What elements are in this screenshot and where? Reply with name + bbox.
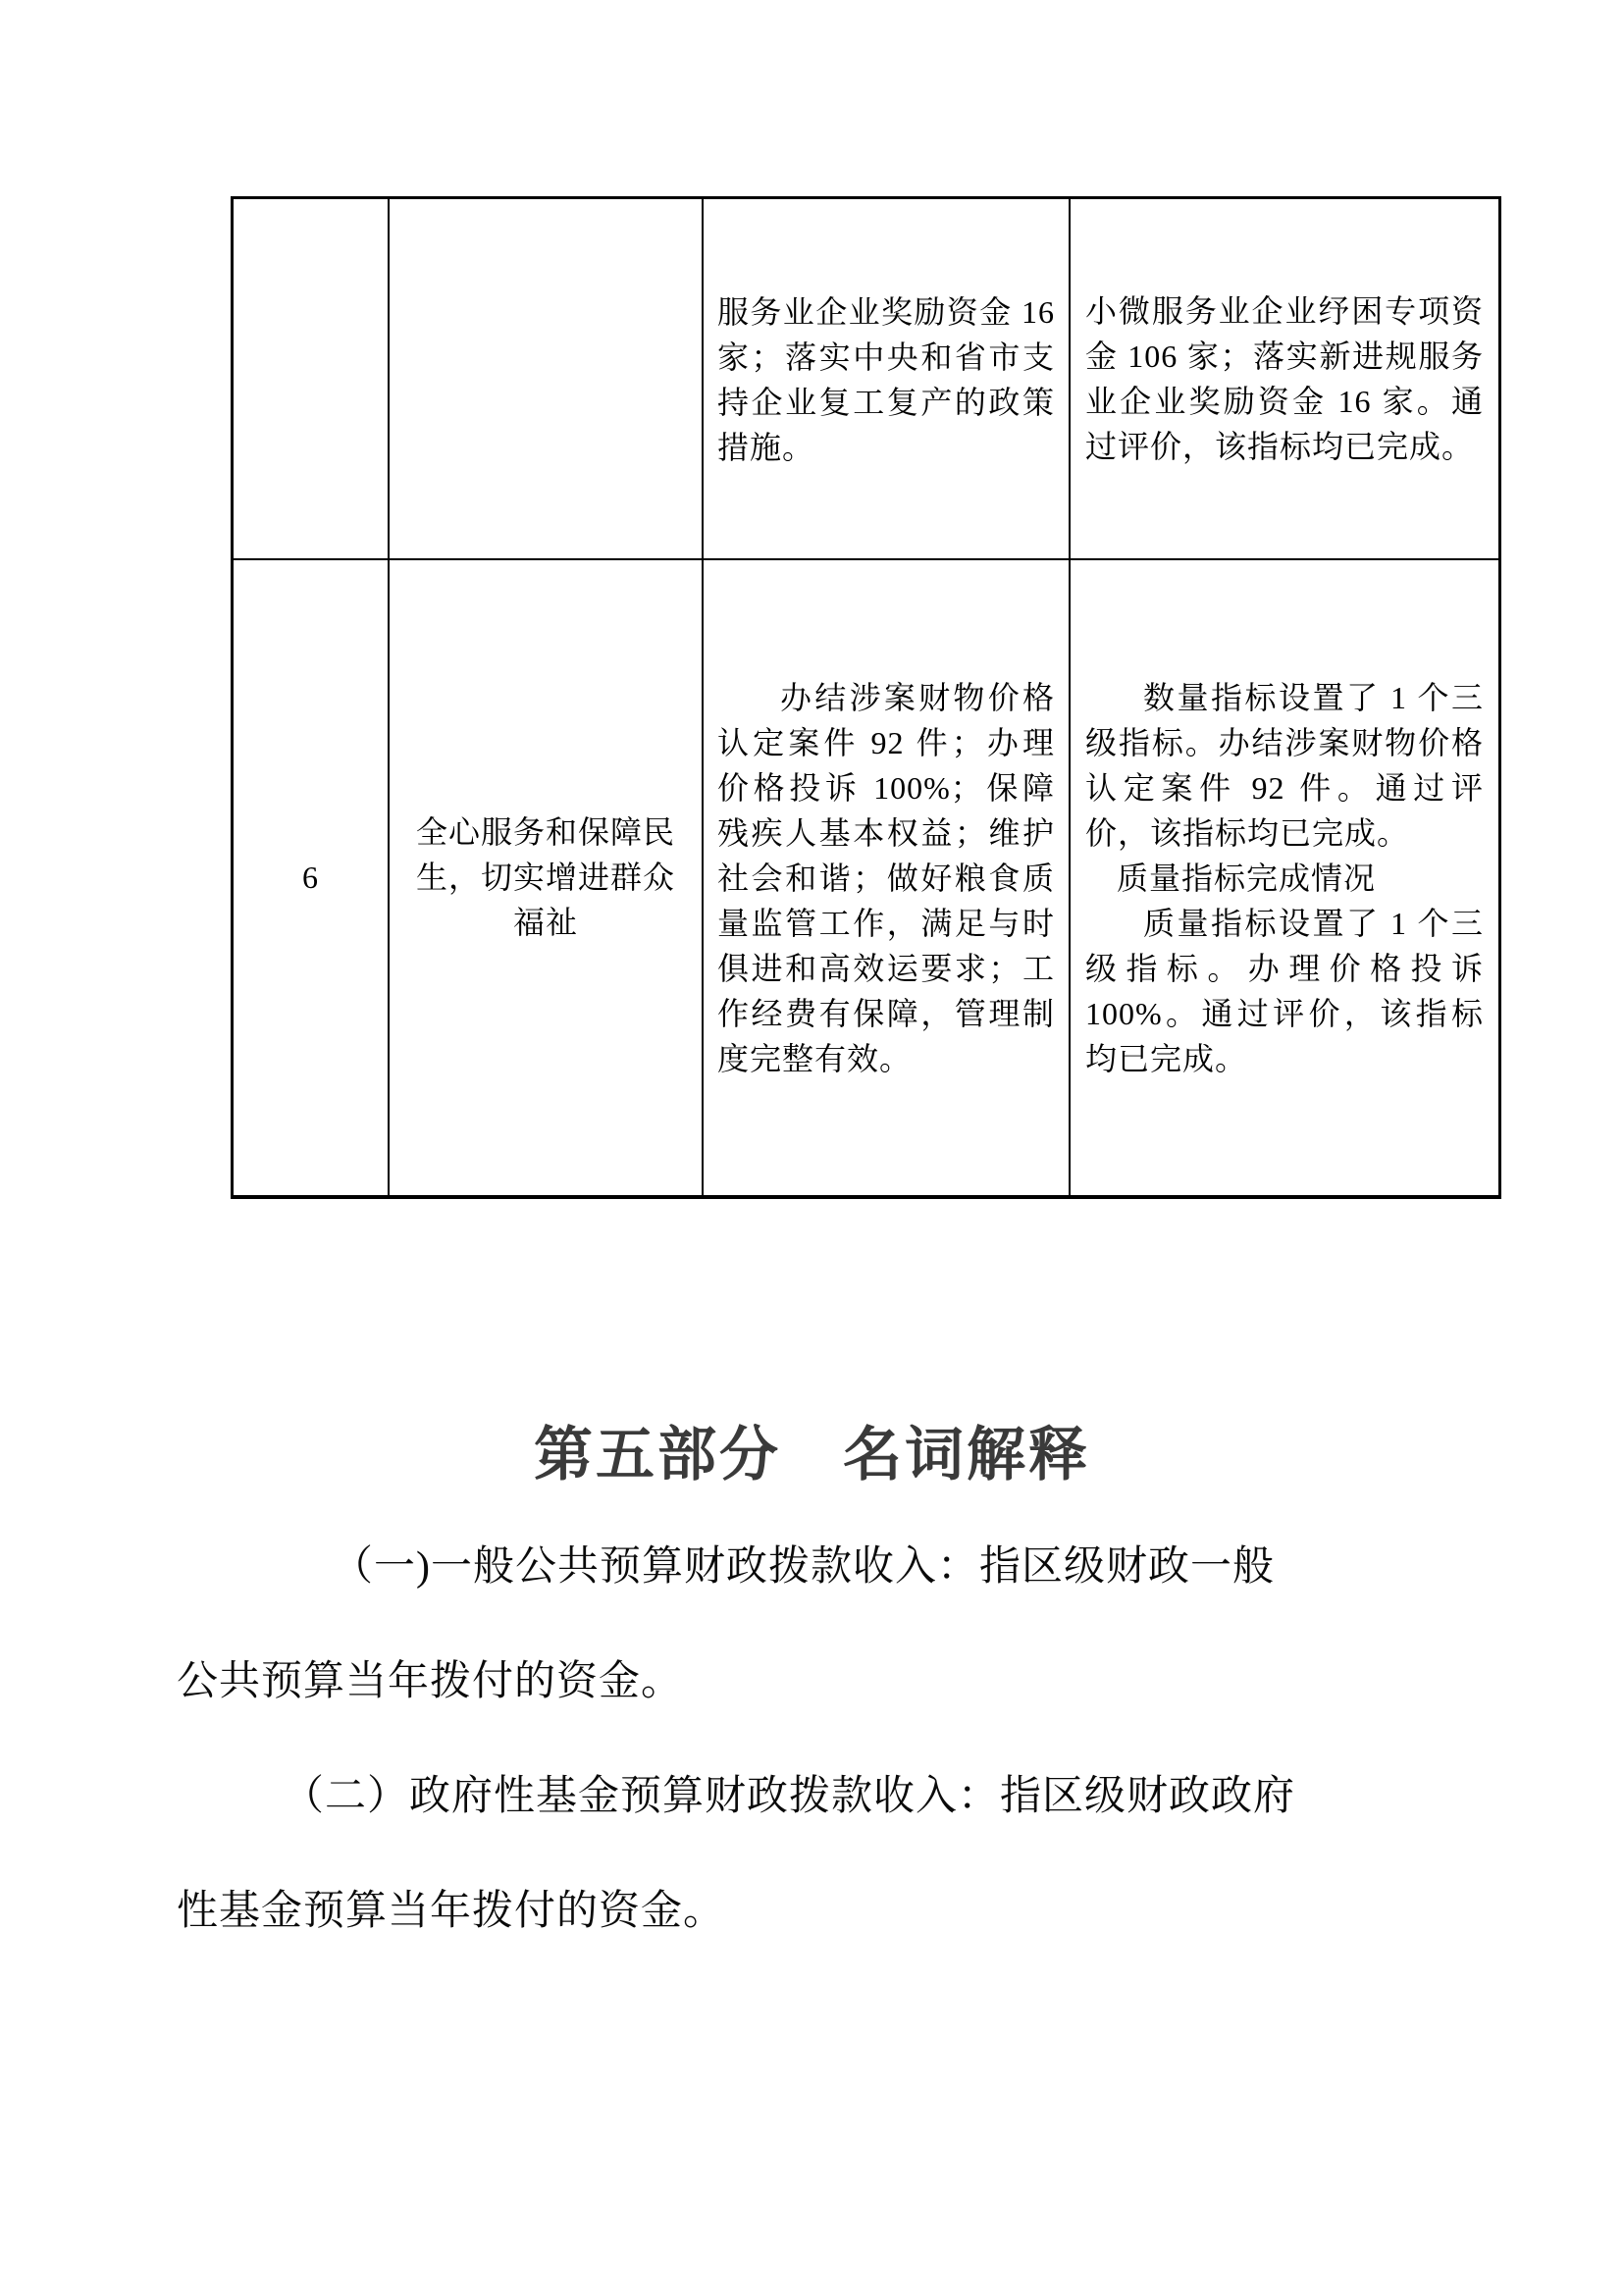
performance-indicator-table: 服务业企业奖励资金 16 家；落实中央和省市支持企业复工复产的政策措施。 小微服… (231, 196, 1501, 1199)
row-number: 6 (235, 855, 387, 900)
cell-goal: 全心服务和保障民生，切实增进群众福祉 (389, 559, 703, 1197)
evaluation-paragraph-quality-title: 质量指标完成情况 (1085, 856, 1484, 901)
evaluation-paragraph: 小微服务业企业纾困专项资金 106 家；落实新进规服务业企业奖励资金 16 家。… (1085, 288, 1484, 469)
measures-text: 办结涉案财物价格认定案件 92 件；办理价格投诉 100%；保障残疾人基本权益；… (717, 675, 1055, 1081)
cell-index-empty (233, 198, 390, 559)
table-row-continuation: 服务业企业奖励资金 16 家；落实中央和省市支持企业复工复产的政策措施。 小微服… (233, 198, 1500, 559)
goal-text: 全心服务和保障民生，切实增进群众福祉 (409, 809, 682, 945)
glossary-item-2-line-1: （二）政府性基金预算财政拨款收入：指区级财政政府 (177, 1740, 1452, 1854)
measures-text: 服务业企业奖励资金 16 家；落实中央和省市支持企业复工复产的政策措施。 (717, 289, 1055, 470)
cell-index: 6 (233, 559, 390, 1197)
cell-measures-continuation: 服务业企业奖励资金 16 家；落实中央和省市支持企业复工复产的政策措施。 (703, 198, 1070, 559)
glossary-item-2-line-2: 性基金预算当年拨付的资金。 (177, 1854, 1452, 1969)
table-row-6: 6 全心服务和保障民生，切实增进群众福祉 办结涉案财物价格认定案件 92 件；办… (233, 559, 1500, 1197)
evaluation-paragraph-quality: 质量指标设置了 1 个三级指标。办理价格投诉 100%。通过评价，该指标均已完成… (1085, 901, 1484, 1081)
page-title: 第五部分 名词解释 (0, 1418, 1624, 1491)
evaluation-paragraph-quantity: 数量指标设置了 1 个三级指标。办结涉案财物价格认定案件 92 件。通过评价，该… (1085, 675, 1484, 856)
cell-measures: 办结涉案财物价格认定案件 92 件；办理价格投诉 100%；保障残疾人基本权益；… (703, 559, 1070, 1197)
glossary-item-1-line-2: 公共预算当年拨付的资金。 (177, 1625, 1452, 1740)
glossary-section: （一)一般公共预算财政拨款收入：指区级财政一般 公共预算当年拨付的资金。 （二）… (177, 1510, 1452, 1969)
cell-goal-empty (389, 198, 703, 559)
document-page: 服务业企业奖励资金 16 家；落实中央和省市支持企业复工复产的政策措施。 小微服… (0, 0, 1624, 2296)
cell-evaluation-continuation: 小微服务业企业纾困专项资金 106 家；落实新进规服务业企业奖励资金 16 家。… (1070, 198, 1500, 559)
glossary-item-1-line-1: （一)一般公共预算财政拨款收入：指区级财政一般 (177, 1510, 1452, 1625)
cell-evaluation: 数量指标设置了 1 个三级指标。办结涉案财物价格认定案件 92 件。通过评价，该… (1070, 559, 1500, 1197)
